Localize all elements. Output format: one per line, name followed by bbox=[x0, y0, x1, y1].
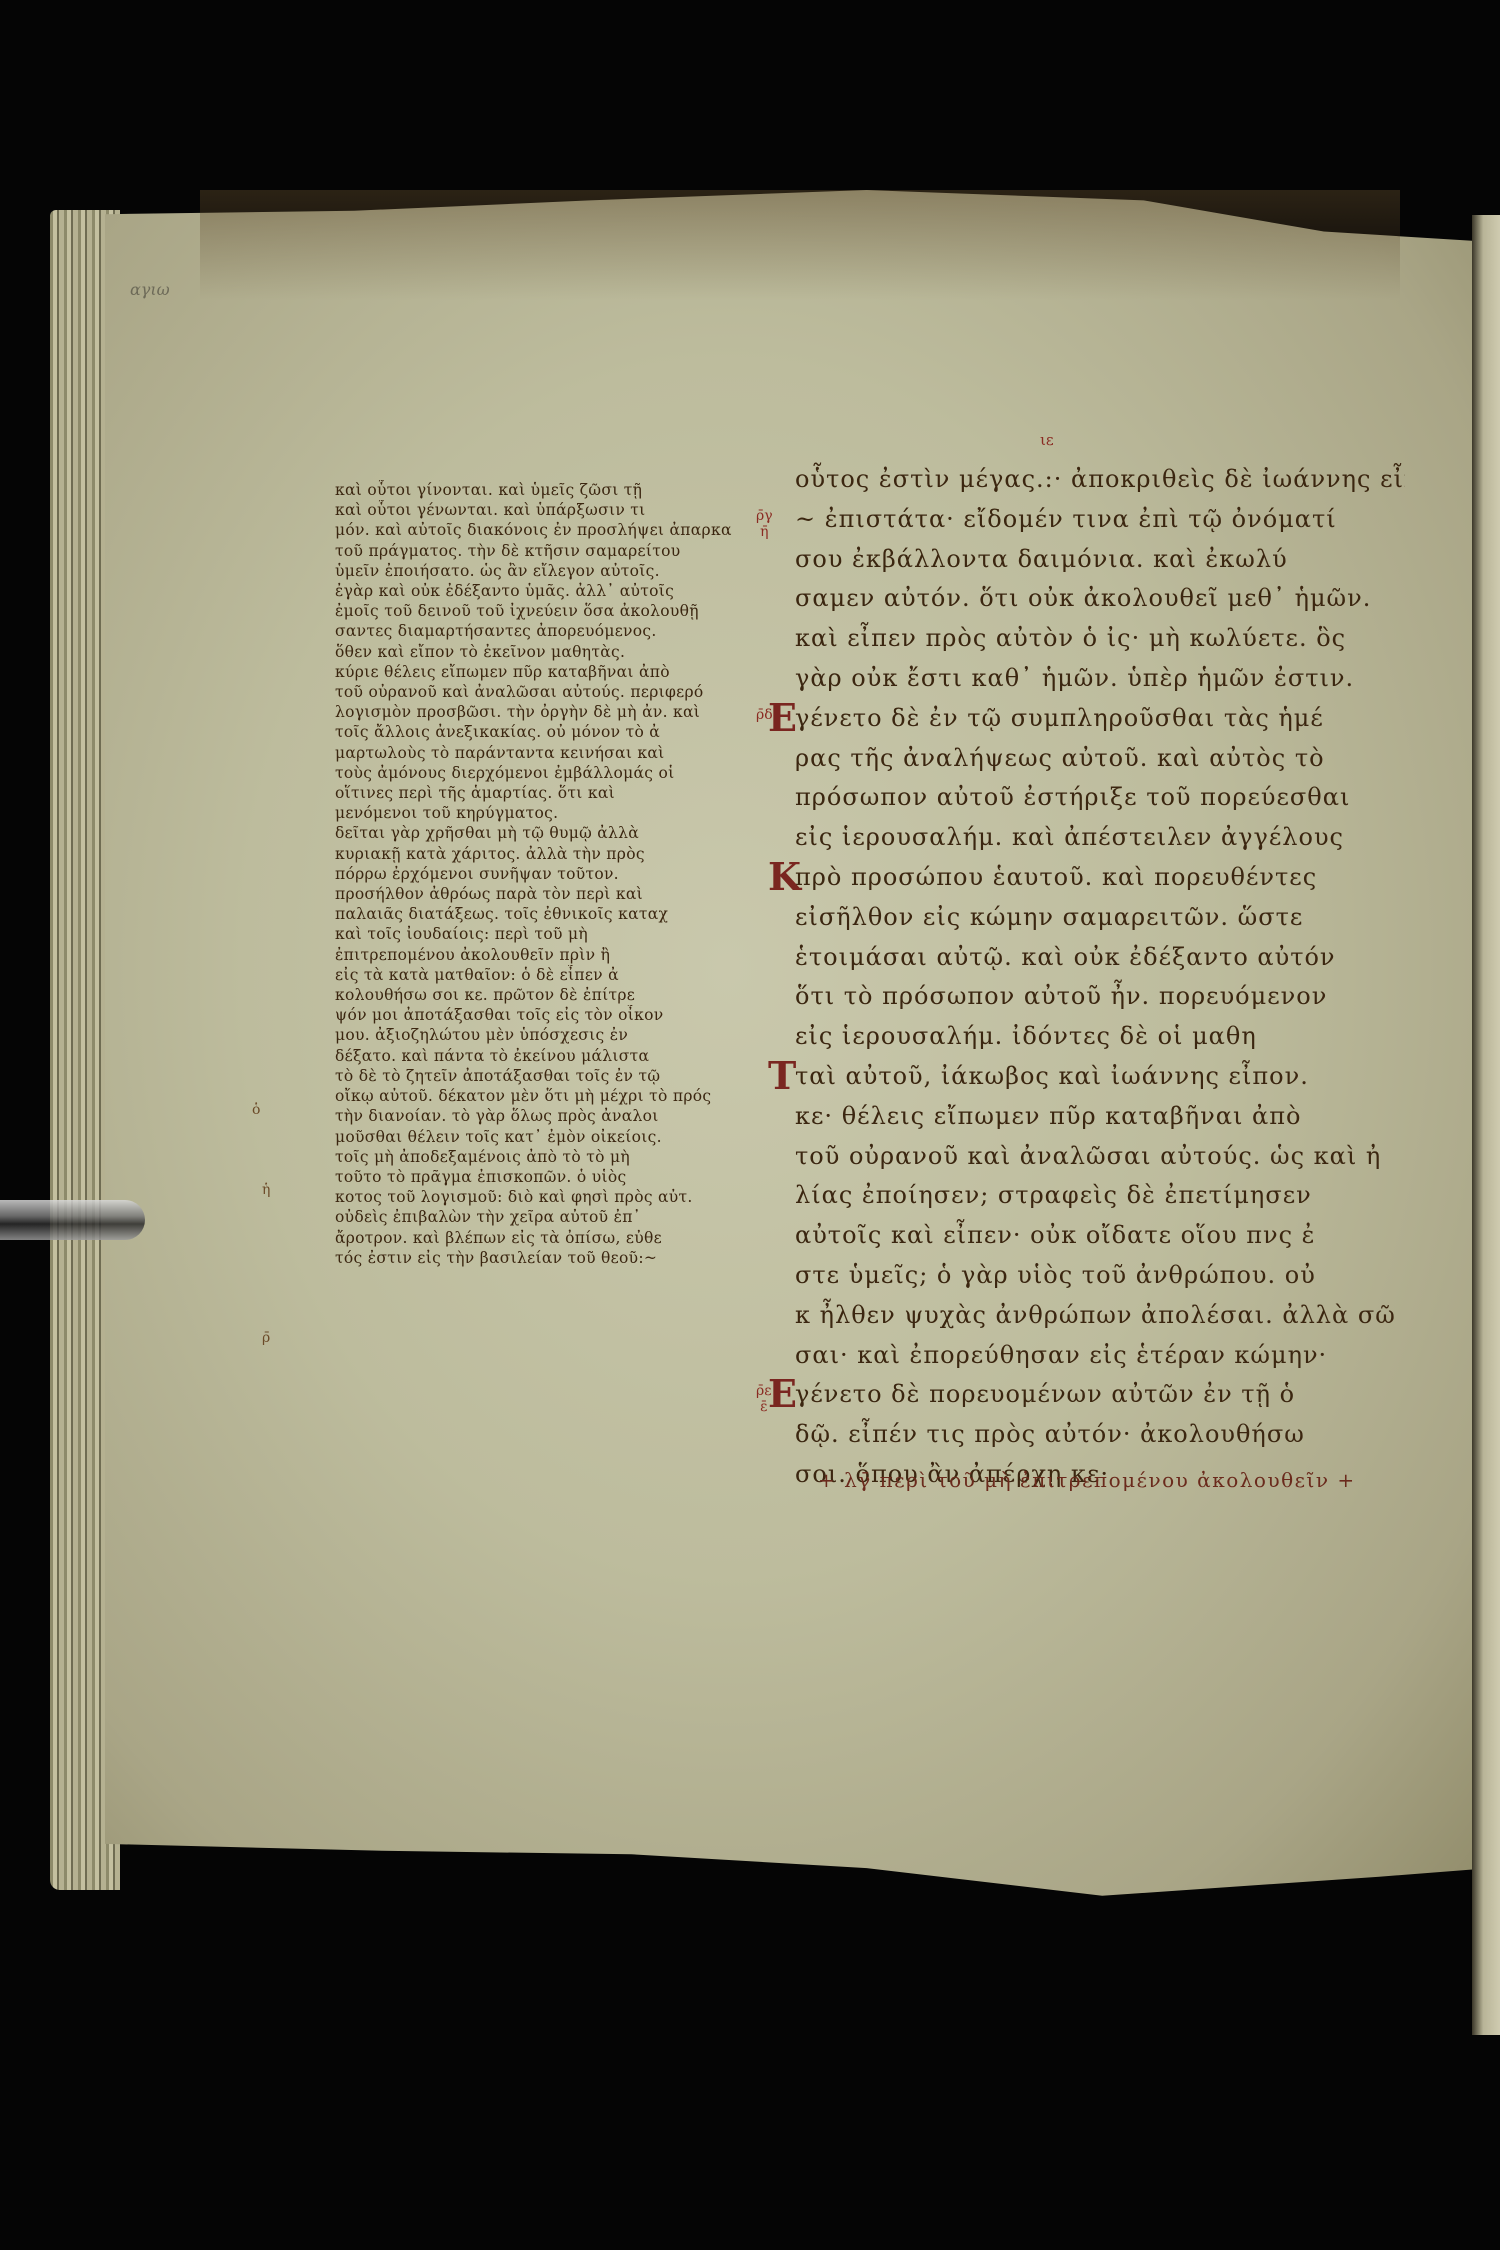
commentary-line: πόρρω ἐρχόμενοι συνῆψαν τοῦτον. bbox=[335, 864, 735, 884]
commentary-line: μαρτωλοὺς τὸ παράνταντα κεινήσαι καὶ bbox=[335, 743, 735, 763]
gospel-line: εἰς ἱερουσαλήμ. καὶ ἀπέστειλεν ἀγγέλους bbox=[795, 818, 1405, 858]
gospel-line: κ ἦλθεν ψυχὰς ἀνθρώπων ἀπολέσαι. ἀλλὰ σῶ bbox=[795, 1296, 1405, 1336]
commentary-line: εἰς τὰ κατὰ ματθαῖον: ὁ δὲ εἶπεν ἀ bbox=[335, 965, 735, 985]
commentary-line: οἵτινες περὶ τῆς ἁμαρτίας. ὅτι καὶ bbox=[335, 783, 735, 803]
lection-margin-note: ρ̄γ η̄ bbox=[756, 508, 773, 540]
commentary-line: τοῦ οὐρανοῦ καὶ ἀναλῶσαι αὐτούς. περιφερ… bbox=[335, 682, 735, 702]
commentary-line: παλαιᾶς διατάξεως. τοῖς ἐθνικοῖς καταχ bbox=[335, 904, 735, 924]
commentary-line: τὸ δὲ τὸ ζητεῖν ἀποτάξασθαι τοῖς ἐν τῷ bbox=[335, 1066, 735, 1086]
gospel-line: γένετο δὲ ἐν τῷ συμπληροῦσθαι τὰς ἡμέ bbox=[795, 699, 1405, 739]
commentary-line: τοὺς ἀμόνους διερχόμενοι ἐμβάλλομάς οἱ bbox=[335, 763, 735, 783]
lection-margin-note: ρ̄ε ε̄ bbox=[756, 1383, 771, 1415]
rubricated-initial: Κ bbox=[768, 854, 801, 899]
commentary-line: ὅθεν καὶ εἴπον τὸ ἐκεῖνον μαθητὰς. bbox=[335, 642, 735, 662]
commentary-line: ψόν μοι ἀποτάξασθαι τοῖς εἰς τὸν οἶκον bbox=[335, 1005, 735, 1025]
gospel-line: λίας ἐποίησεν; στραφεὶς δὲ ἐπετίμησεν bbox=[795, 1176, 1405, 1216]
commentary-line: ὑμεῖν ἐποιήσατο. ὡς ἂν εἴλεγον αὐτοῖς. bbox=[335, 561, 735, 581]
gospel-line: ὅτι τὸ πρόσωπον αὐτοῦ ἦν. πορευόμενον bbox=[795, 977, 1405, 1017]
gospel-text-column: οὗτος ἐστὶν μέγας.:· ἀποκριθεὶς δὲ ἰωάνν… bbox=[795, 460, 1405, 1495]
commentary-line: προσήλθον ἀθρόως παρὰ τὸν περὶ καὶ bbox=[335, 884, 735, 904]
gospel-line: οὗτος ἐστὶν μέγας.:· ἀποκριθεὶς δὲ ἰωάνν… bbox=[795, 460, 1405, 500]
rubricated-initial: Ε bbox=[768, 1371, 797, 1416]
gospel-line: ~ ἐπιστάτα· εἴδομέν τινα ἐπὶ τῷ ὀνόματί bbox=[795, 500, 1405, 540]
gospel-line: δῷ. εἶπέν τις πρὸς αὐτόν· ἀκολουθήσω bbox=[795, 1415, 1405, 1455]
commentary-line: τοῖς μὴ ἀποδεξαμένοις ἀπὸ τὸ τὸ μὴ bbox=[335, 1147, 735, 1167]
lection-margin-note: ρ̄δ bbox=[756, 707, 773, 723]
section-numeral: ιε bbox=[1040, 432, 1054, 448]
commentary-margin-note: ρ̄ bbox=[262, 1330, 270, 1346]
gospel-line: καὶ εἶπεν πρὸς αὐτὸν ὁ ἰς· μὴ κωλύετε. ὃ… bbox=[795, 619, 1405, 659]
gospel-line: σαι· καὶ ἐπορεύθησαν εἰς ἑτέραν κώμην· bbox=[795, 1336, 1405, 1376]
gospel-line: στε ὑμεῖς; ὁ γὰρ υἱὸς τοῦ ἀνθρώπου. οὐ bbox=[795, 1256, 1405, 1296]
commentary-line: καὶ οὗτοι γίνονται. καὶ ὑμεῖς ζῶσι τῇ bbox=[335, 480, 735, 500]
chapter-subscription: + λγ̄ περὶ τοῦ μὴ ἐπιτρεπομένου ἀκολουθε… bbox=[818, 1468, 1378, 1492]
commentary-line: τοῖς ἄλλοις ἀνεξικακίας. οὐ μόνον τὸ ἀ bbox=[335, 722, 735, 742]
commentary-line: μοῦσθαι θέλειν τοῖς κατ᾽ ἐμὸν οἰκείοις. bbox=[335, 1127, 735, 1147]
commentary-line: οὐδεὶς ἐπιβαλὼν τὴν χεῖρα αὐτοῦ ἐπ᾽ bbox=[335, 1207, 735, 1227]
commentary-line: τοῦ πράγματος. τὴν δὲ κτῆσιν σαμαρείτου bbox=[335, 541, 735, 561]
commentary-line: ἐμοῖς τοῦ δεινοῦ τοῦ ἰχνεύειν ὅσα ἀκολου… bbox=[335, 601, 735, 621]
commentary-line: δεῖται γὰρ χρῆσθαι μὴ τῷ θυμῷ ἀλλὰ bbox=[335, 823, 735, 843]
gospel-line: σαμεν αὐτόν. ὅτι οὐκ ἀκολουθεῖ μεθ᾽ ἡμῶν… bbox=[795, 579, 1405, 619]
commentary-line: καὶ τοῖς ἰουδαίοις: περὶ τοῦ μὴ bbox=[335, 924, 735, 944]
commentary-line: τοῦτο τὸ πρᾶγμα ἐπισκοπῶν. ὁ υἱὸς bbox=[335, 1167, 735, 1187]
commentary-line: λογισμὸν προσβῶσι. τὴν ὀργὴν δὲ μὴ ἀν. κ… bbox=[335, 702, 735, 722]
commentary-line: μου. ἀξιοζηλώτου μὲν ὑπόσχεσις ἐν bbox=[335, 1025, 735, 1045]
commentary-line: τὴν διανοίαν. τὸ γὰρ ὅλως πρὸς ἀναλοι bbox=[335, 1106, 735, 1126]
gospel-line: αὐτοῖς καὶ εἶπεν· οὐκ οἴδατε οἵου πνς ἐ bbox=[795, 1216, 1405, 1256]
gospel-line: πρόσωπον αὐτοῦ ἐστήριξε τοῦ πορεύεσθαι bbox=[795, 778, 1405, 818]
commentary-line: κυριακῇ κατὰ χάριτος. ἀλλὰ τὴν πρὸς bbox=[335, 844, 735, 864]
top-margin-scribble: αγιω bbox=[130, 280, 170, 299]
commentary-line: οἴκῳ αὐτοῦ. δέκατον μὲν ὅτι μὴ μέχρι τὸ … bbox=[335, 1086, 735, 1106]
commentary-line: ἄροτρον. καὶ βλέπων εἰς τὰ ὀπίσω, εὐθε bbox=[335, 1228, 735, 1248]
gospel-line: κε· θέλεις εἴπωμεν πῦρ καταβῆναι ἀπὸ bbox=[795, 1097, 1405, 1137]
commentary-line: ἐγὰρ καὶ οὐκ ἐδέξαντο ὑμᾶς. ἀλλ᾽ αὐτοῖς bbox=[335, 581, 735, 601]
commentary-line: ἐπιτρεπομένου ἀκολουθεῖν πρὶν ἢ bbox=[335, 945, 735, 965]
gospel-line: εἰς ἱερουσαλήμ. ἰδόντες δὲ οἱ μαθη bbox=[795, 1017, 1405, 1057]
gospel-line: ταὶ αὐτοῦ, ἰάκωβος καὶ ἰωάννης εἶπον. bbox=[795, 1057, 1405, 1097]
commentary-line: μενόμενοι τοῦ κηρύγματος. bbox=[335, 803, 735, 823]
commentary-line: καὶ οὗτοι γένωνται. καὶ ὑπάρξωσιν τι bbox=[335, 500, 735, 520]
gospel-line: εἰσῆλθον εἰς κώμην σαμαρειτῶν. ὥστε bbox=[795, 898, 1405, 938]
gospel-line: γὰρ οὐκ ἔστι καθ᾽ ἡμῶν. ὑπὲρ ἡμῶν ἐστιν. bbox=[795, 659, 1405, 699]
commentary-column: καὶ οὗτοι γίνονται. καὶ ὑμεῖς ζῶσι τῇκαὶ… bbox=[335, 480, 735, 1268]
top-margin-stain bbox=[200, 190, 1400, 300]
gospel-line: ρας τῆς ἀναλήψεως αὐτοῦ. καὶ αὐτὸς τὸ bbox=[795, 739, 1405, 779]
commentary-line: κολουθήσω σοι κε. πρῶτον δὲ ἐπίτρε bbox=[335, 985, 735, 1005]
commentary-line: μόν. καὶ αὐτοῖς διακόνοις ἐν προσλήψει ἀ… bbox=[335, 520, 735, 540]
commentary-line: κοτος τοῦ λογισμοῦ: διὸ καὶ φησὶ πρὸς αὐ… bbox=[335, 1187, 735, 1207]
gospel-line: γένετο δὲ πορευομένων αὐτῶν ἐν τῇ ὁ bbox=[795, 1375, 1405, 1415]
page-clip bbox=[0, 1200, 145, 1240]
gospel-line: τοῦ οὐρανοῦ καὶ ἀναλῶσαι αὐτούς. ὡς καὶ … bbox=[795, 1137, 1405, 1177]
commentary-margin-note: ὁ bbox=[252, 1102, 260, 1118]
commentary-line: σαντες διαμαρτήσαντες ἀπορευόμενος. bbox=[335, 621, 735, 641]
binding-gutter bbox=[1472, 215, 1500, 2035]
commentary-line: δέξατο. καὶ πάντα τὸ ἐκείνου μάλιστα bbox=[335, 1046, 735, 1066]
gospel-line: σου ἐκβάλλοντα δαιμόνια. καὶ ἐκωλύ bbox=[795, 540, 1405, 580]
commentary-line: τός ἐστιν εἰς τὴν βασιλείαν τοῦ θεοῦ:~ bbox=[335, 1248, 735, 1268]
gospel-line: πρὸ προσώπου ἑαυτοῦ. καὶ πορευθέντες bbox=[795, 858, 1405, 898]
commentary-line: κύριε θέλεις εἴπωμεν πῦρ καταβῆναι ἀπὸ bbox=[335, 662, 735, 682]
gospel-line: ἑτοιμάσαι αὐτῷ. καὶ οὐκ ἐδέξαντο αὐτόν bbox=[795, 938, 1405, 978]
rubricated-initial: Τ bbox=[768, 1053, 796, 1098]
commentary-margin-note: ἡ bbox=[262, 1182, 270, 1198]
